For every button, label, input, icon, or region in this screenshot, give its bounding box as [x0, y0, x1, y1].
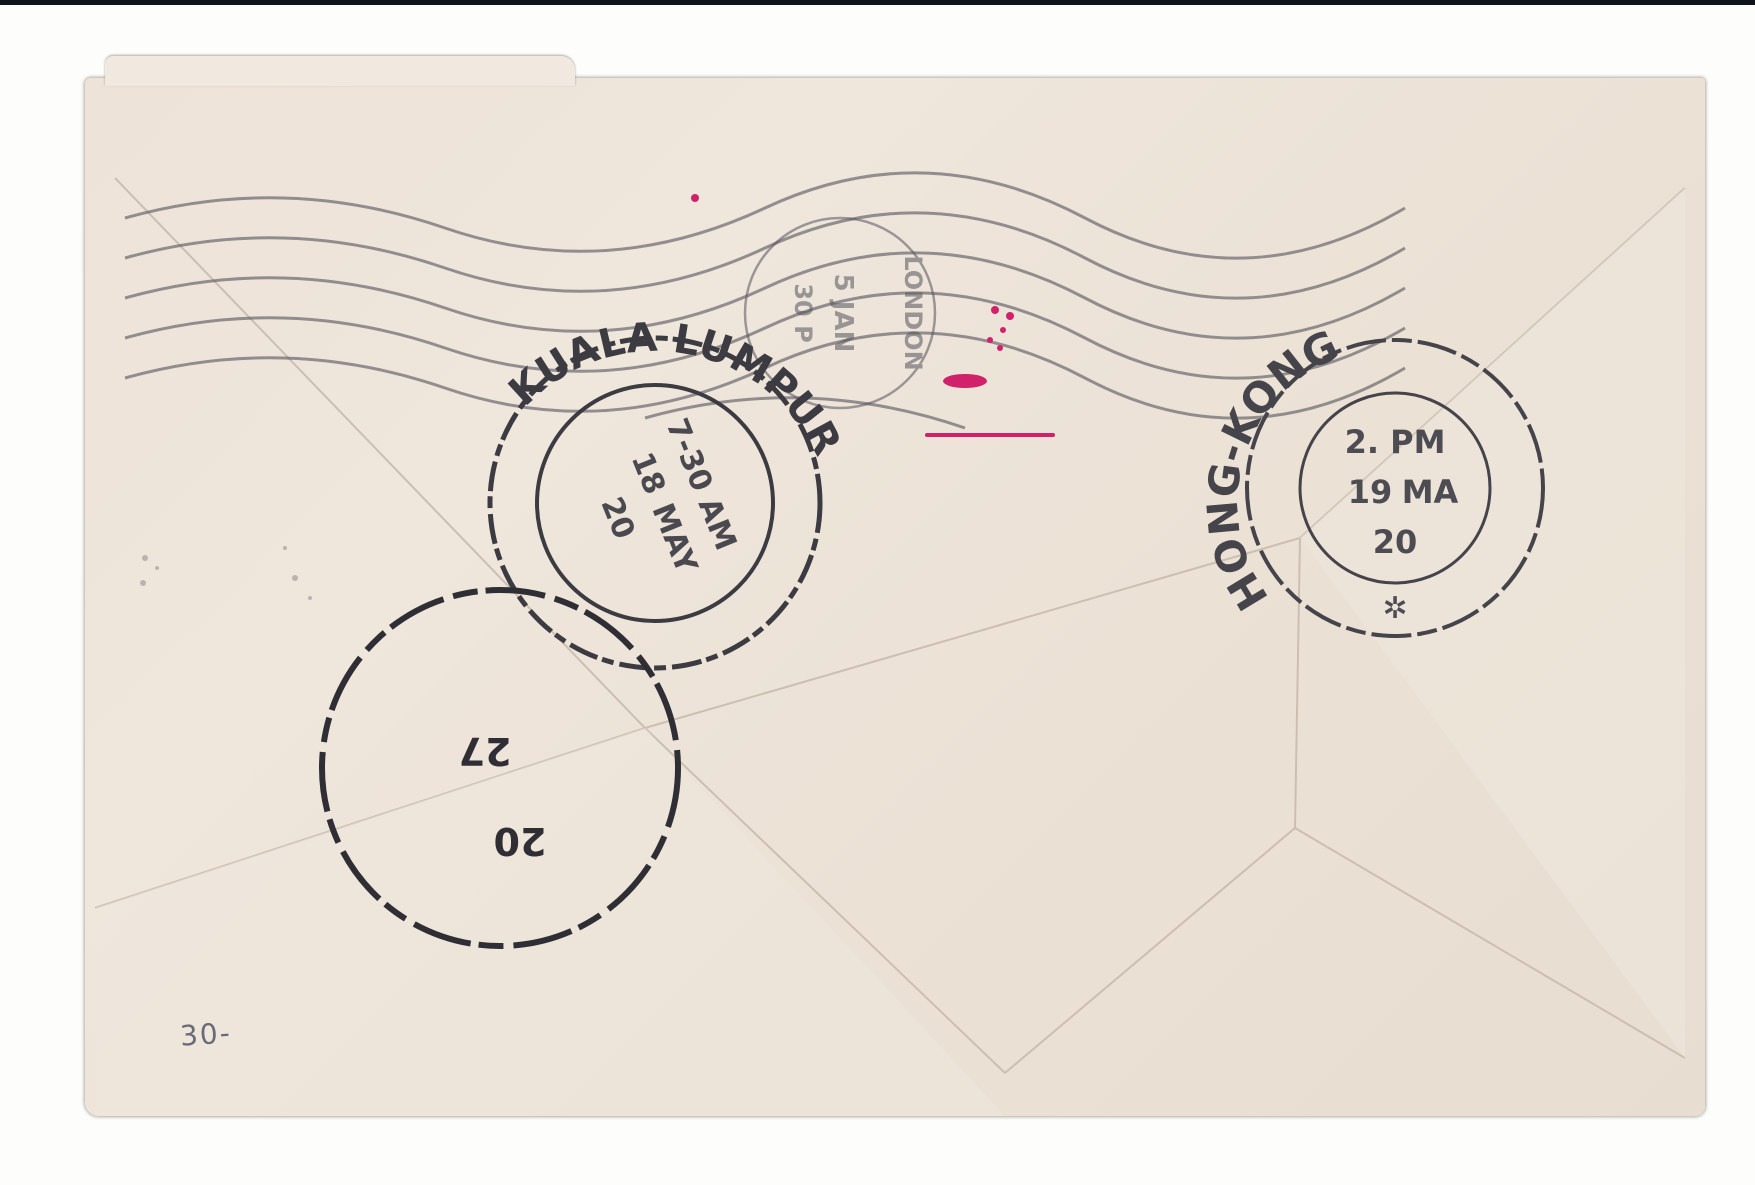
envelope-flap-shading	[95, 188, 1685, 1116]
hong-kong-ornament-icon: ✲	[1382, 591, 1407, 626]
machine-cancel-time: 30 P	[789, 283, 817, 342]
kuala-lumpur-year: 20	[593, 492, 641, 544]
kuala-lumpur-day: 18	[624, 448, 672, 500]
pencil-price-note: 30-	[179, 1016, 233, 1053]
lower-postmark-year: 20	[494, 819, 547, 863]
envelope-artwork: LONDON 5 JAN 30 P KUALA LUMPUR 7-30 AM 1…	[85, 78, 1705, 1116]
postmark-kuala-lumpur: KUALA LUMPUR 7-30 AM 18 MAY 20	[490, 315, 850, 668]
hong-kong-time: 2. PM	[1345, 423, 1446, 461]
machine-cancel-town: LONDON	[899, 255, 927, 370]
hong-kong-day: 19	[1348, 473, 1393, 511]
lower-postmark-day: 27	[459, 729, 512, 773]
hong-kong-month: MA	[1402, 473, 1459, 511]
svg-text:HONG-KONG: HONG-KONG	[1198, 320, 1346, 618]
ink-smudges	[140, 546, 312, 600]
hong-kong-ring-text: HONG-KONG	[1198, 320, 1346, 618]
envelope-back: LONDON 5 JAN 30 P KUALA LUMPUR 7-30 AM 1…	[85, 78, 1705, 1116]
hong-kong-year: 20	[1373, 523, 1418, 561]
machine-cancel-date: 5 JAN	[828, 274, 858, 353]
